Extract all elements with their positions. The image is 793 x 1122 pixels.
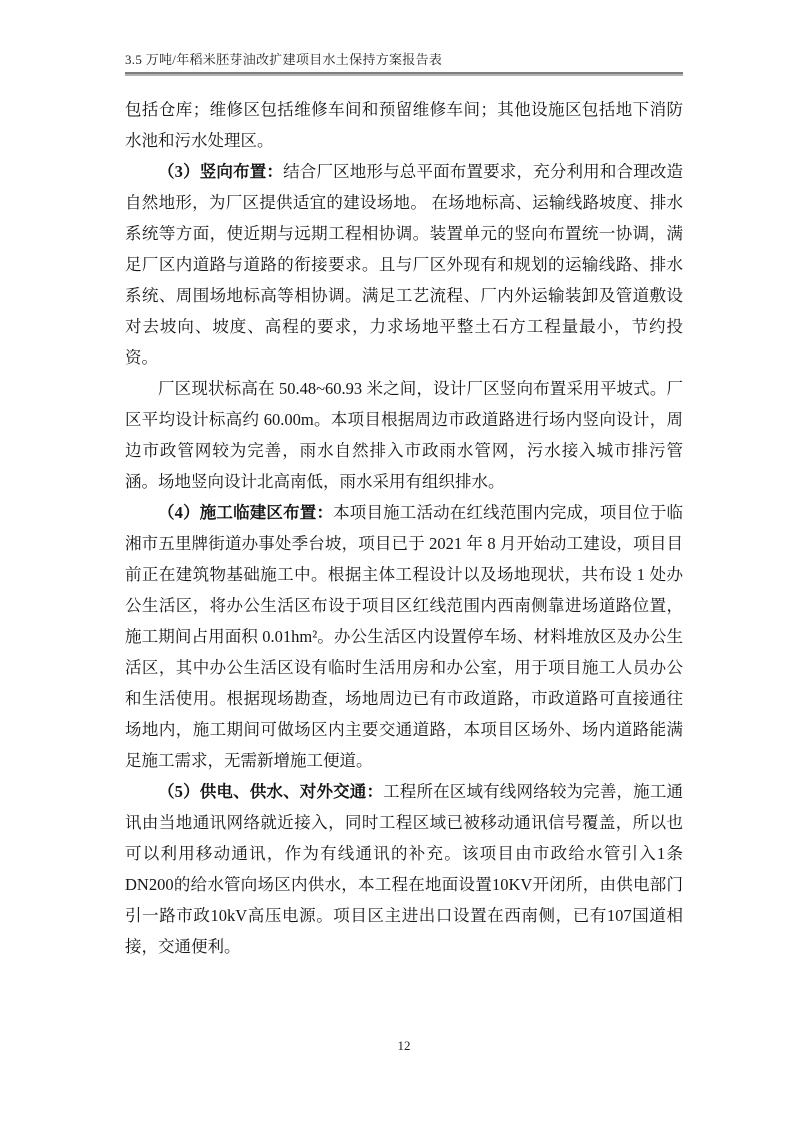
paragraph-text: 工程所在区域有线网络较为完善，施工通讯由当地通讯网络就近接入，同时工程区域已被移… bbox=[125, 782, 683, 956]
document-page: 3.5 万吨/年稻米胚芽油改扩建项目水土保持方案报告表 包括仓库；维修区包括维修… bbox=[0, 0, 793, 1122]
document-header-title: 3.5 万吨/年稻米胚芽油改扩建项目水土保持方案报告表 bbox=[125, 52, 683, 72]
body-paragraph: 厂区现状标高在 50.48~60.93 米之间，设计厂区竖向布置采用平坡式。厂区… bbox=[125, 373, 683, 497]
paragraph-lead: （5）供电、供水、对外交通： bbox=[158, 782, 383, 801]
header-rule bbox=[125, 72, 683, 76]
body-paragraph: （4）施工临建区布置：本项目施工活动在红线范围内完成，项目位于临湘市五里牌街道办… bbox=[125, 497, 683, 776]
document-body: 包括仓库；维修区包括维修车间和预留维修车间；其他设施区包括地下消防水池和污水处理… bbox=[125, 94, 683, 962]
paragraph-lead: （3）竖向布置： bbox=[158, 162, 283, 181]
paragraph-lead: （4）施工临建区布置： bbox=[158, 503, 333, 522]
paragraph-text: 厂区现状标高在 50.48~60.93 米之间，设计厂区竖向布置采用平坡式。厂区… bbox=[125, 379, 683, 491]
body-paragraph: （3）竖向布置：结合厂区地形与总平面布置要求，充分利用和合理改造自然地形，为厂区… bbox=[125, 156, 683, 373]
paragraph-text: 包括仓库；维修区包括维修车间和预留维修车间；其他设施区包括地下消防水池和污水处理… bbox=[125, 100, 683, 150]
paragraph-text: 本项目施工活动在红线范围内完成，项目位于临湘市五里牌街道办事处季台坡，项目已于 … bbox=[125, 503, 683, 770]
paragraph-text: 结合厂区地形与总平面布置要求，充分利用和合理改造自然地形，为厂区提供适宜的建设场… bbox=[125, 162, 683, 367]
page-footer: 12 bbox=[125, 1038, 683, 1054]
body-paragraph: （5）供电、供水、对外交通：工程所在区域有线网络较为完善，施工通讯由当地通讯网络… bbox=[125, 776, 683, 962]
page-header: 3.5 万吨/年稻米胚芽油改扩建项目水土保持方案报告表 bbox=[125, 52, 683, 76]
page-number: 12 bbox=[398, 1038, 411, 1053]
body-paragraph: 包括仓库；维修区包括维修车间和预留维修车间；其他设施区包括地下消防水池和污水处理… bbox=[125, 94, 683, 156]
